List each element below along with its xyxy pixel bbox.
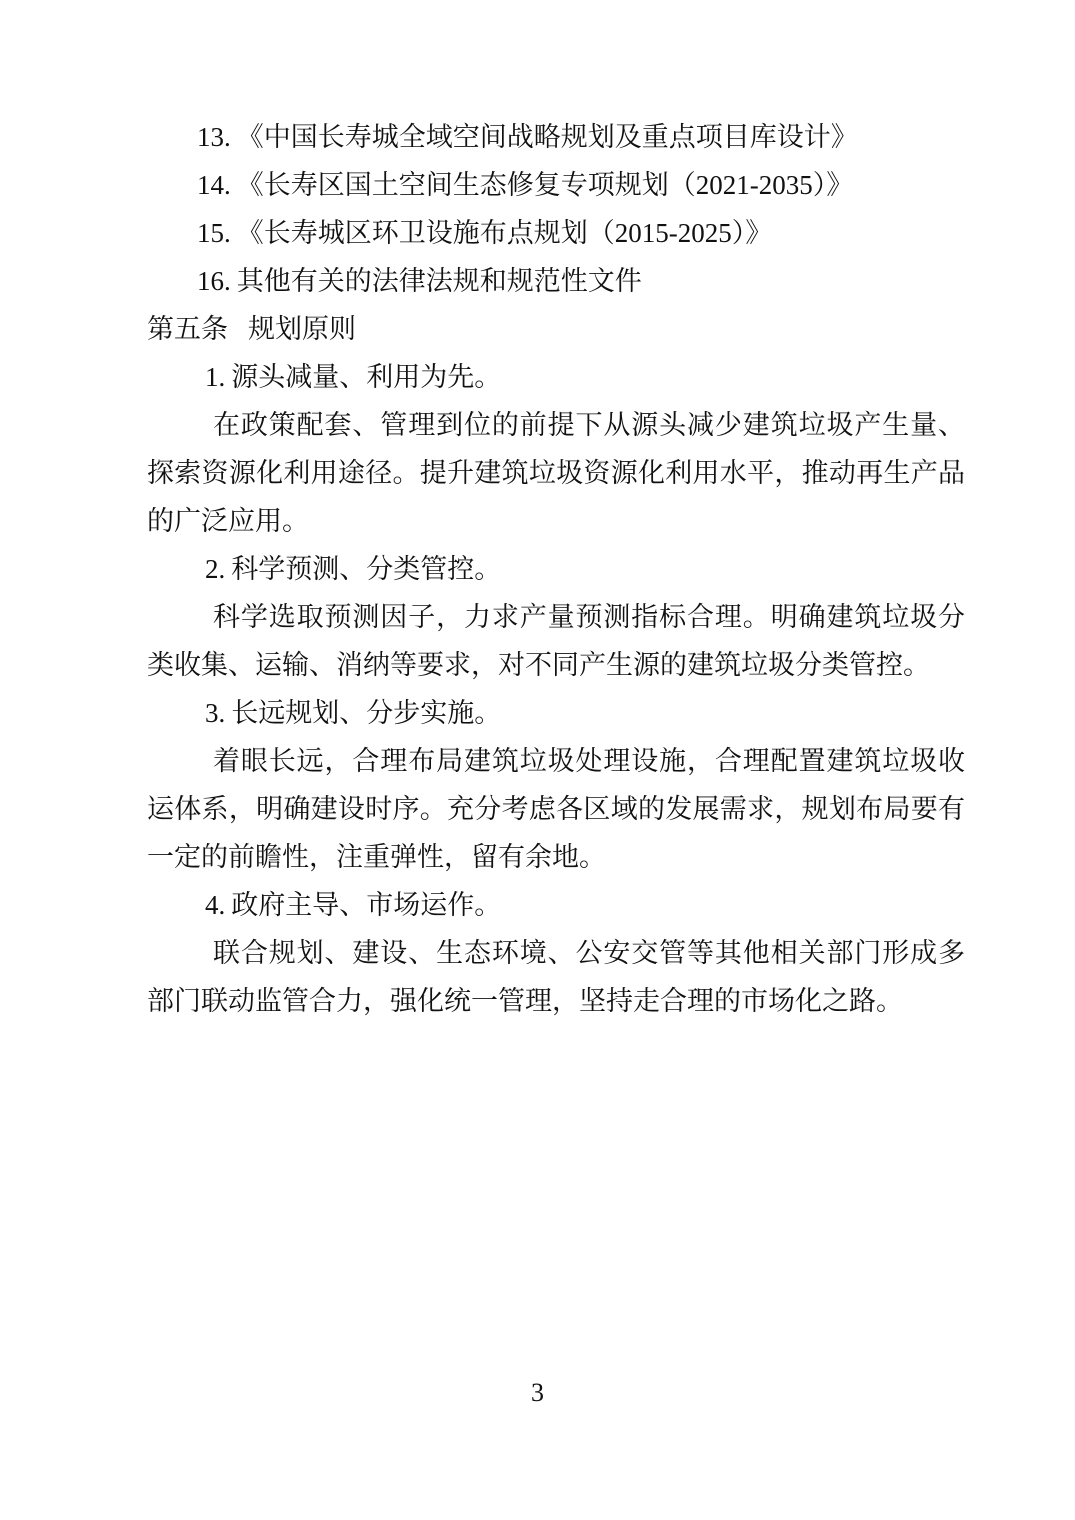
- principle-body: 着眼长远，合理布局建筑垃圾处理设施，合理配置建筑垃圾收运体系，明确建设时序。充分…: [147, 737, 965, 881]
- principle-title-line: 3.长远规划、分步实施。: [147, 689, 965, 737]
- reference-item: 14.《长寿区国土空间生态修复专项规划（2021-2035）》: [147, 161, 965, 209]
- principle-title-line: 2.科学预测、分类管控。: [147, 545, 965, 593]
- page-number: 3: [0, 1378, 1075, 1408]
- reference-number: 16.: [197, 266, 231, 296]
- reference-title: 《长寿区国土空间生态修复专项规划（2021-2035）》: [237, 170, 854, 200]
- principles-section: 1.源头减量、利用为先。 在政策配套、管理到位的前提下从源头减少建筑垃圾产生量、…: [147, 353, 965, 1025]
- principle-body: 在政策配套、管理到位的前提下从源头减少建筑垃圾产生量、探索资源化利用途径。提升建…: [147, 401, 965, 545]
- reference-list: 13.《中国长寿城全域空间战略规划及重点项目库设计》 14.《长寿区国土空间生态…: [147, 113, 965, 305]
- reference-item: 16.其他有关的法律法规和规范性文件: [147, 257, 965, 305]
- principle-number: 4.: [205, 890, 225, 920]
- principle-title: 源头减量、利用为先。: [231, 362, 501, 392]
- principle-body: 联合规划、建设、生态环境、公安交管等其他相关部门形成多部门联动监管合力，强化统一…: [147, 929, 965, 1025]
- reference-item: 13.《中国长寿城全域空间战略规划及重点项目库设计》: [147, 113, 965, 161]
- principle-number: 1.: [205, 362, 225, 392]
- principle-title: 科学预测、分类管控。: [231, 554, 501, 584]
- principle-title: 政府主导、市场运作。: [231, 890, 501, 920]
- principle-title: 长远规划、分步实施。: [231, 698, 501, 728]
- principle-number: 2.: [205, 554, 225, 584]
- reference-number: 15.: [197, 218, 231, 248]
- principle-title-line: 1.源头减量、利用为先。: [147, 353, 965, 401]
- principle-number: 3.: [205, 698, 225, 728]
- principle-body: 科学选取预测因子，力求产量预测指标合理。明确建筑垃圾分类收集、运输、消纳等要求，…: [147, 593, 965, 689]
- reference-number: 13.: [197, 122, 231, 152]
- reference-title: 《中国长寿城全域空间战略规划及重点项目库设计》: [237, 122, 858, 152]
- principle-title-line: 4.政府主导、市场运作。: [147, 881, 965, 929]
- document-page: 13.《中国长寿城全域空间战略规划及重点项目库设计》 14.《长寿区国土空间生态…: [0, 0, 1075, 1520]
- reference-item: 15.《长寿城区环卫设施布点规划（2015-2025）》: [147, 209, 965, 257]
- reference-number: 14.: [197, 170, 231, 200]
- reference-title: 《长寿城区环卫设施布点规划（2015-2025）》: [237, 218, 773, 248]
- reference-title: 其他有关的法律法规和规范性文件: [237, 266, 642, 296]
- article-number: 第五条: [147, 314, 228, 344]
- article-heading: 第五条规划原则: [147, 305, 965, 353]
- article-title: 规划原则: [248, 314, 356, 344]
